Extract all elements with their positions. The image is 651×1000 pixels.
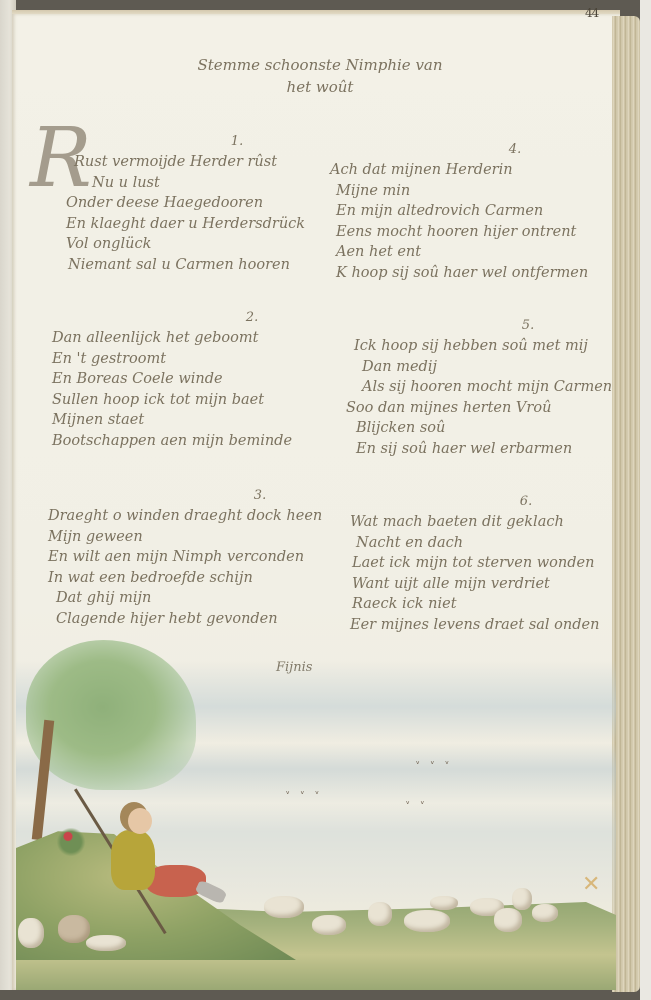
verse-line: Vol onglück [62,234,332,255]
verse-line: In wat een bedroefde schijn [48,568,348,589]
verse-line: Dan alleenlijck het geboomt [52,328,332,349]
verse-line: Niemant sal u Carmen hooren [62,255,332,276]
sheep-icon [430,896,458,910]
birds-icon: ᵛ ᵛ ᵛ [286,790,323,800]
verse-line: Blijcken soû [340,418,620,439]
shepherd-figure [111,830,155,890]
verse-line: Nu u lust [62,173,332,194]
page-number: 44 [585,6,598,20]
pastoral-illustration: ᵛ ᵛ ᵛ ᵛ ᵛ ᵛ ᵛ ᵛ ✕ [16,640,616,990]
verse-line: Soo dan mijnes herten Vroû [340,398,620,419]
verse-line: Laet ick mijn tot sterven wonden [346,553,616,574]
sheep-icon [512,888,532,910]
verse-line: K hoop sij soû haer wel ontfermen [330,263,620,284]
stanza-1: 1. Rust vermoijde Herder rûst Nu u lust … [62,134,332,275]
birds-icon: ᵛ ᵛ [406,800,428,810]
verse-line: Dat ghij mijn [48,588,348,609]
sheep-icon [58,915,90,943]
verse-line: Want uijt alle mijn verdriet [346,574,616,595]
sheep-icon [86,935,126,951]
verse-line: Eens mocht hooren hijer ontrent [330,222,620,243]
background-right [640,0,651,1000]
verse-line: Draeght o winden draeght dock heen [48,506,348,527]
sheep-icon [368,902,392,926]
stanza-number: 3. [48,488,348,506]
stanza-5: 5. Ick hoop sij hebben soû met mij Dan m… [340,318,620,459]
stanza-3: 3. Draeght o winden draeght dock heen Mi… [48,488,348,629]
sheep-icon [312,915,346,935]
verse-line: Bootschappen aen mijn beminde [52,431,332,452]
shepherd-head [128,808,152,834]
verse-line: En 't gestroomt [52,349,332,370]
verse-line: Dan medij [340,357,620,378]
title-line-1: Stemme schoonste Nimphie van [170,54,470,76]
sheep-icon [404,910,450,932]
stanza-number: 4. [330,142,620,160]
windmill-icon: ✕ [582,875,602,895]
stanza-6: 6. Wat mach baeten dit geklach Nacht en … [346,494,616,635]
verse-line: En mijn altedrovich Carmen [330,201,620,222]
stanza-4: 4. Ach dat mijnen Herderin Mijne min En … [330,142,620,283]
stanza-2: 2. Dan alleenlijck het geboomt En 't ges… [52,310,332,451]
verse-line: Sullen hoop ick tot mijn baet [52,390,332,411]
title-line-2: het woût [170,76,470,98]
verse-line: Ach dat mijnen Herderin [330,160,620,181]
verse-line: Wat mach baeten dit geklach [346,512,616,533]
verse-line: Rust vermoijde Herder rûst [62,152,332,173]
stanza-number: 5. [340,318,620,336]
verse-line: Eer mijnes levens draet sal onden [346,615,616,636]
sheep-icon [532,904,558,922]
verse-line: Raeck ick niet [346,594,616,615]
verse-line: Mijnen staet [52,410,332,431]
page-title: Stemme schoonste Nimphie van het woût [170,54,470,98]
verse-line: En sij soû haer wel erbarmen [340,439,620,460]
verse-line: Mijn geween [48,527,348,548]
verse-line: En wilt aen mijn Nimph verconden [48,547,348,568]
birds-icon: ᵛ ᵛ ᵛ [416,760,453,770]
flowering-plant-icon [56,828,86,856]
verse-line: Als sij hooren mocht mijn Carmen [340,377,620,398]
verse-line: Mijne min [330,181,620,202]
stanza-number: 2. [52,310,332,328]
verse-line: Clagende hijer hebt gevonden [48,609,348,630]
sheep-icon [494,908,522,932]
sheep-icon [264,896,304,918]
verse-line: Aen het ent [330,242,620,263]
verse-line: Nacht en dach [346,533,616,554]
verse-line: Ick hoop sij hebben soû met mij [340,336,620,357]
verse-line: En klaeght daer u Herdersdrück [62,214,332,235]
stanza-number: 6. [346,494,616,512]
verse-line: Onder deese Haegedooren [62,193,332,214]
stanza-number: 1. [62,134,332,152]
verse-line: En Boreas Coele winde [52,369,332,390]
sheep-icon [18,918,44,948]
